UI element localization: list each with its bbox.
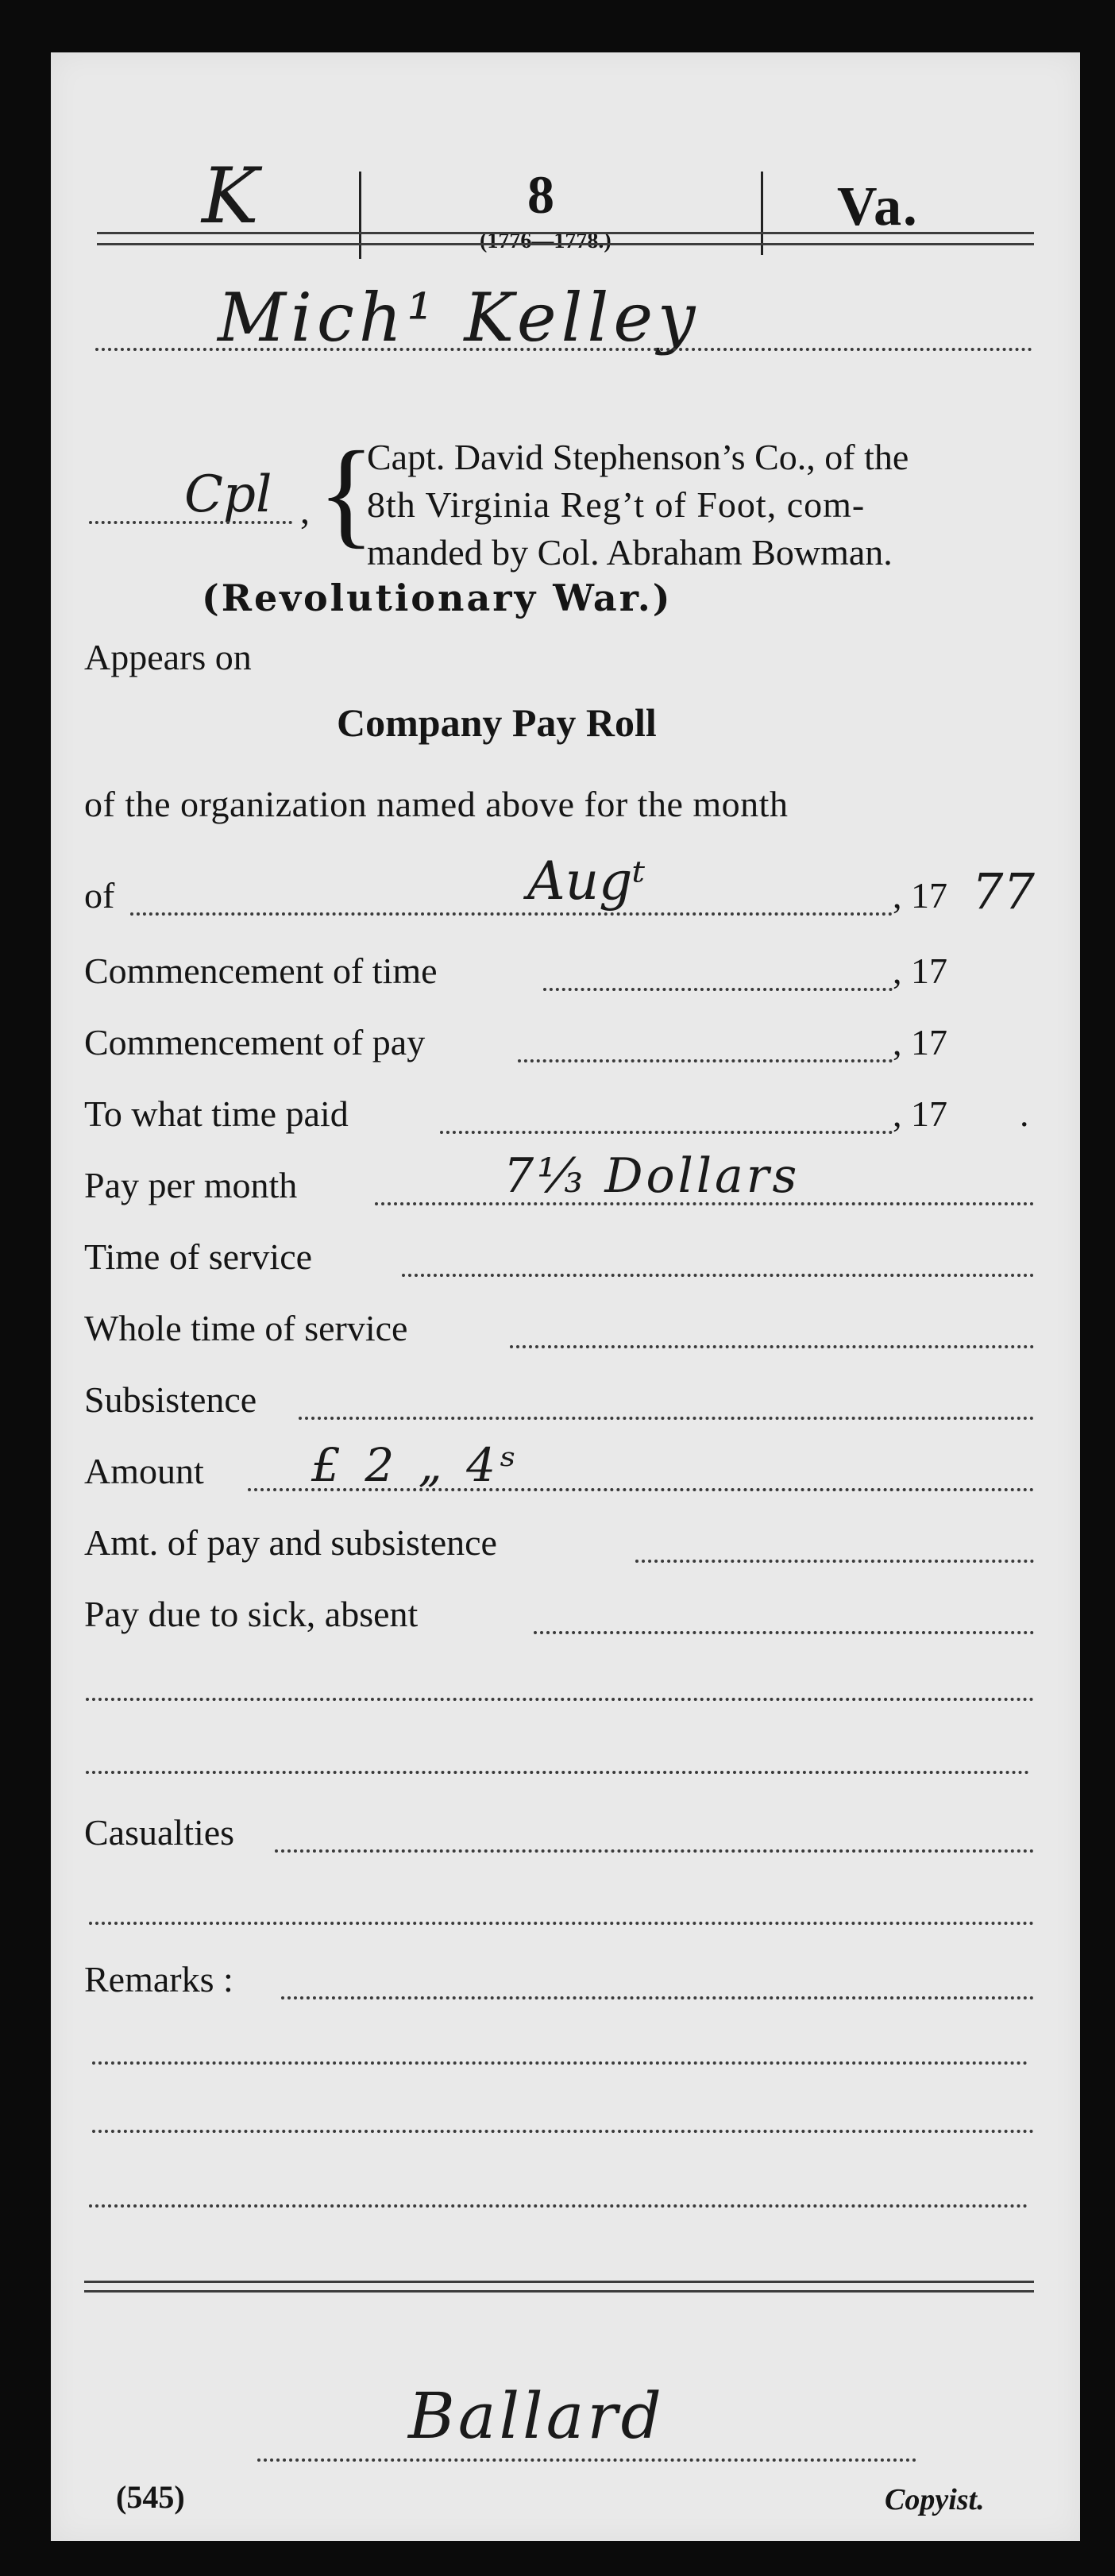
pay-due-sick-absent-label: Pay due to sick, absent [84,1593,418,1635]
to-what-time-paid-label: To what time paid [84,1093,349,1135]
state-abbrev: Va. [837,175,919,239]
organization-line-3: manded by Col. Abraham Bowman. [367,529,909,577]
casualties-extra-line[interactable] [89,1922,1034,1925]
month-year-prefix: , 17 [893,874,947,916]
commencement-time-line[interactable] [543,988,893,991]
to-what-time-paid-line[interactable] [440,1131,893,1134]
organization-line-2: 8th Virginia Reg’t of Foot, com- [367,481,909,529]
month-intro: of the organization named above for the … [84,783,788,825]
rank-line [89,521,292,524]
header-divider-left [359,172,361,259]
commencement-pay-year: , 17 [893,1021,947,1063]
remarks-line-4[interactable] [89,2204,1028,2208]
to-what-time-paid-period: . [1020,1093,1029,1135]
pay-per-month-value[interactable]: 7⅓ Dollars [503,1148,800,1204]
time-of-service-label: Time of service [84,1236,312,1278]
whole-time-of-service-label: Whole time of service [84,1307,407,1349]
footer-rule-top [84,2281,1034,2283]
soldier-rank: Cpl [184,465,272,524]
header-rule-bottom [97,243,1034,245]
copyist-label: Copyist. [885,2482,985,2517]
whole-time-of-service-line[interactable] [510,1345,1034,1348]
casualties-label: Casualties [84,1811,234,1853]
organization-block: Capt. David Stephenson’s Co., of the 8th… [367,434,909,577]
amt-pay-subsistence-line[interactable] [635,1560,1034,1563]
remarks-line-1[interactable] [281,1996,1034,1999]
soldier-name: Mich¹ Kelley [218,279,700,357]
commencement-time-label: Commencement of time [84,950,438,992]
to-what-time-paid-year: , 17 [893,1093,947,1135]
organization-line-1: Capt. David Stephenson’s Co., of the [367,434,909,481]
record-card: K 8 (1776—1778.) Va. Mich¹ Kelley Cpl , … [51,52,1080,2541]
commencement-time-year: , 17 [893,950,947,992]
blank-line-2[interactable] [86,1771,1029,1774]
remarks-label: Remarks : [84,1958,233,2000]
amt-pay-subsistence-label: Amt. of pay and subsistence [84,1521,497,1564]
remarks-line-3[interactable] [92,2130,1034,2133]
appears-on-label: Appears on [84,636,252,678]
time-of-service-line[interactable] [402,1274,1034,1277]
record-type: Company Pay Roll [337,700,657,746]
blank-line-1[interactable] [86,1698,1034,1701]
casualties-line[interactable] [275,1849,1034,1853]
month-value[interactable]: Augᵗ [527,850,646,912]
header-rule-top [97,232,1034,234]
footer-rule-bottom [84,2290,1034,2293]
subsistence-label: Subsistence [84,1379,257,1421]
amount-label: Amount [84,1450,204,1492]
war-title: (Revolutionary War.) [202,577,672,619]
month-year-value[interactable]: 77 [972,862,1035,920]
month-line [130,912,893,916]
commencement-pay-label: Commencement of pay [84,1021,425,1063]
regiment-number: 8 [527,164,554,226]
form-number: (545) [116,2478,185,2516]
rank-comma: , [300,489,310,533]
company-letter: K [202,152,259,241]
remarks-line-2[interactable] [92,2061,1028,2065]
copyist-line [257,2458,916,2462]
pay-per-month-label: Pay per month [84,1164,297,1206]
pay-due-sick-absent-line[interactable] [534,1631,1034,1634]
subsistence-line[interactable] [299,1417,1034,1420]
amount-value[interactable]: £ 2 „ 4ˢ [311,1438,521,1492]
commencement-pay-line[interactable] [518,1059,893,1062]
name-line [95,348,1032,351]
month-label: of [84,874,114,916]
copyist-signature: Ballard [408,2379,665,2453]
